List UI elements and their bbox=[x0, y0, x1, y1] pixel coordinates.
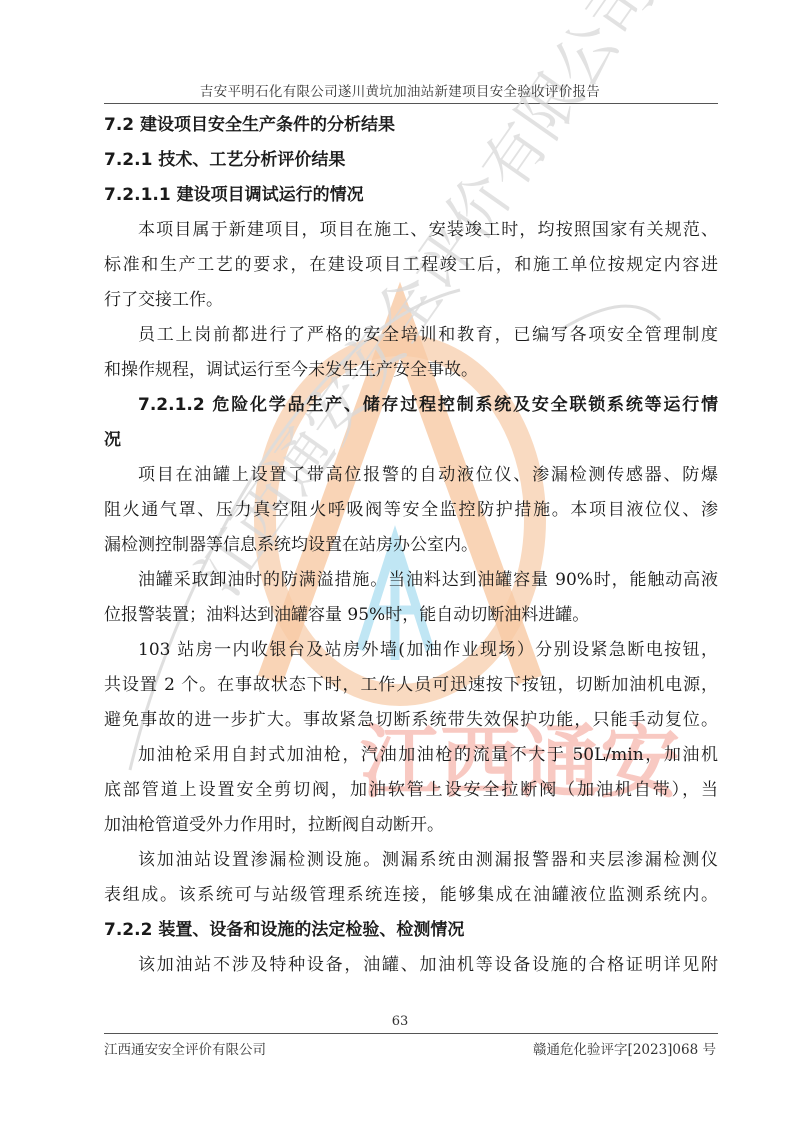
paragraph-line: 员工上岗前都进行了严格的安全培训和教育，已编写各项安全管理制度 bbox=[104, 318, 718, 353]
paragraph-line: 项目在油罐上设置了带高位报警的自动液位仪、渗漏检测传感器、防爆 bbox=[104, 458, 718, 493]
footer-company: 江西通安安全评价有限公司 bbox=[104, 1038, 266, 1058]
paragraph-line: 底部管道上设置安全剪切阀，加油软管上设安全拉断阀（加油机自带），当 bbox=[104, 773, 718, 808]
heading-7-2-1: 7.2.1 技术、工艺分析评价结果 bbox=[104, 143, 718, 178]
page-number: 63 bbox=[0, 1014, 800, 1029]
heading-7-2-1-1: 7.2.1.1 建设项目调试运行的情况 bbox=[104, 178, 718, 213]
paragraph-line: 共设置 2 个。在事故状态下时，工作人员可迅速按下按钮，切断加油机电源， bbox=[104, 668, 718, 703]
paragraph-line: 油罐采取卸油时的防满溢措施。当油料达到油罐容量 90%时，能触动高液 bbox=[104, 563, 718, 598]
paragraph-line: 阻火通气罩、压力真空阻火呼吸阀等安全监控防护措施。本项目液位仪、渗 bbox=[104, 493, 718, 528]
paragraph-line: 该加油站不涉及特种设备，油罐、加油机等设备设施的合格证明详见附 bbox=[104, 948, 718, 983]
heading-7-2-1-2: 7.2.1.2 危险化学品生产、储存过程控制系统及安全联锁系统等运行情 bbox=[104, 388, 718, 423]
paragraph-line: 表组成。该系统可与站级管理系统连接，能够集成在油罐液位监测系统内。 bbox=[104, 878, 718, 913]
paragraph-line: 位报警装置；油料达到油罐容量 95%时，能自动切断油料进罐。 bbox=[104, 598, 718, 633]
heading-7-2-1-2-cont: 况 bbox=[104, 423, 718, 458]
heading-7-2: 7.2 建设项目安全生产条件的分析结果 bbox=[104, 108, 718, 143]
paragraph-line: 避免事故的进一步扩大。事故紧急切断系统带失效保护功能，只能手动复位。 bbox=[104, 703, 718, 738]
paragraph-line: 和操作规程，调试运行至今未发生生产安全事故。 bbox=[104, 353, 718, 388]
heading-7-2-2: 7.2.2 装置、设备和设施的法定检验、检测情况 bbox=[104, 913, 718, 948]
paragraph-line: 行了交接工作。 bbox=[104, 283, 718, 318]
paragraph-line: 该加油站设置渗漏检测设施。测漏系统由测漏报警器和夹层渗漏检测仪 bbox=[104, 843, 718, 878]
paragraph-line: 标准和生产工艺的要求，在建设项目工程竣工后，和施工单位按规定内容进 bbox=[104, 248, 718, 283]
running-header-title: 吉安平明石化有限公司遂川黄坑加油站新建项目安全验收评价报告 bbox=[0, 80, 800, 100]
paragraph-line: 本项目属于新建项目，项目在施工、安装竣工时，均按照国家有关规范、 bbox=[104, 213, 718, 248]
page-body: 7.2 建设项目安全生产条件的分析结果 7.2.1 技术、工艺分析评价结果 7.… bbox=[104, 108, 718, 983]
paragraph-line: 加油枪管道受外力作用时，拉断阀自动断开。 bbox=[104, 808, 718, 843]
footer-rule bbox=[104, 1033, 718, 1034]
footer-doc-number: 赣通危化验评字[2023]068 号 bbox=[533, 1038, 716, 1058]
paragraph-line: 103 站房一内收银台及站房外墙(加油作业现场）分别设紧急断电按钮， bbox=[104, 633, 718, 668]
paragraph-line: 漏检测控制器等信息系统均设置在站房办公室内。 bbox=[104, 528, 718, 563]
header-rule bbox=[104, 103, 718, 104]
paragraph-line: 加油枪采用自封式加油枪，汽油加油枪的流量不大于 50L/min，加油机 bbox=[104, 738, 718, 773]
